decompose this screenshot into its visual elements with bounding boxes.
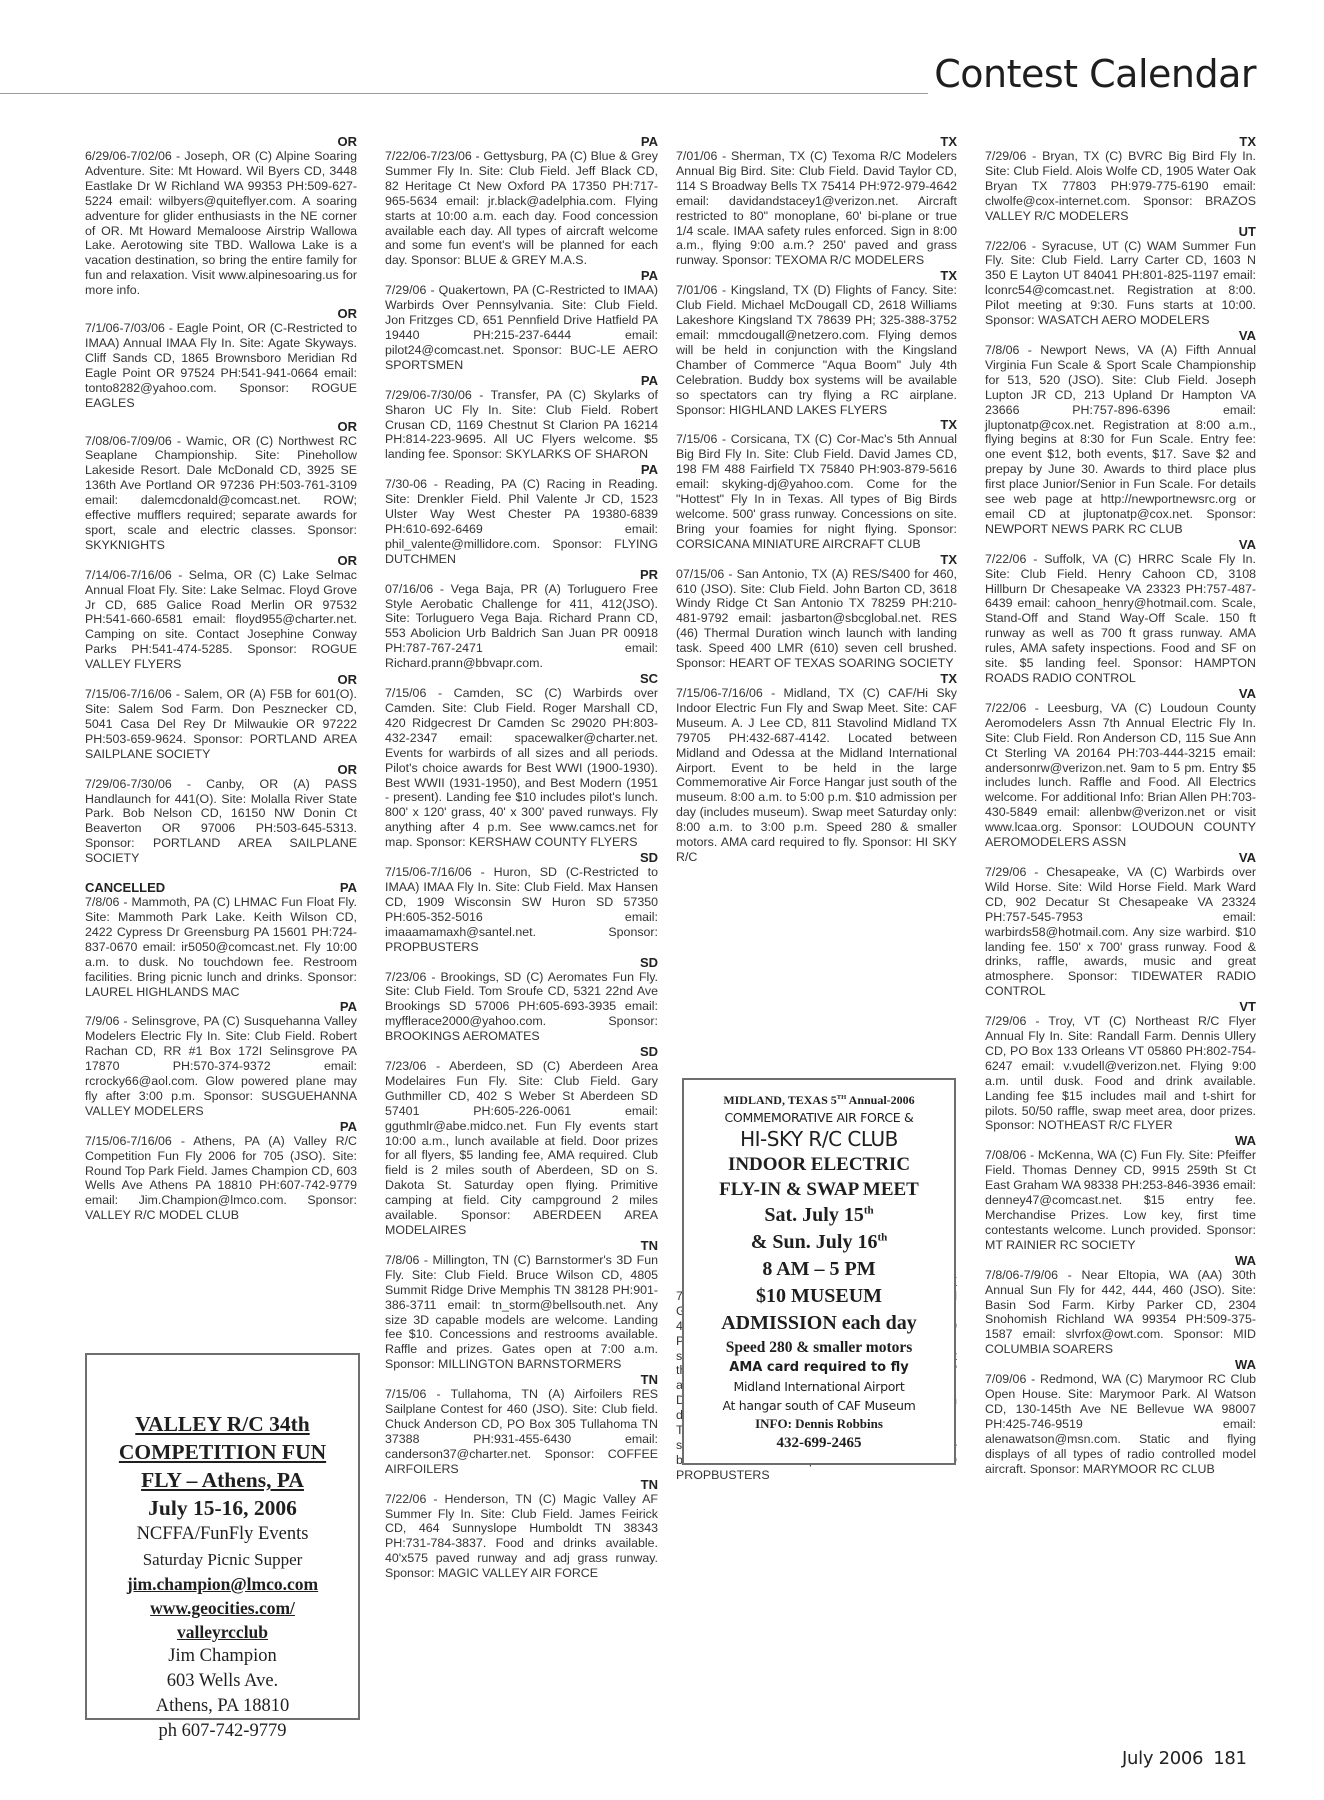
ad-contact-city: Athens, PA 18810 xyxy=(87,1694,358,1719)
listing-entry: TN7/8/06 - Millington, TN (C) Barnstorme… xyxy=(385,1238,658,1372)
ad-date-text: Sat. July 15 xyxy=(764,1204,863,1226)
ad-org-line: COMMEMORATIVE AIR FORCE & xyxy=(684,1109,954,1126)
state-label: VA xyxy=(985,328,1256,343)
listing-entry: OR6/29/06-7/02/06 - Joseph, OR (C) Alpin… xyxy=(85,134,357,298)
ad-events: NCFFA/FunFly Events xyxy=(87,1522,358,1547)
ad-location-detail: At hangar south of CAF Museum xyxy=(684,1396,954,1415)
listing-text: 7/08/06-7/09/06 - Wamic, OR (C) Northwes… xyxy=(85,434,357,553)
state-label: WA xyxy=(985,1357,1256,1372)
ad-email-link[interactable]: jim.champion@lmco.com xyxy=(87,1572,358,1596)
ad-header-text: MIDLAND, TEXAS 5 xyxy=(723,1093,836,1107)
state-label: TN xyxy=(385,1238,658,1253)
state-label: OR xyxy=(85,672,357,687)
listing-entry: TX7/01/06 - Kingsland, TX (D) Flights of… xyxy=(676,268,957,417)
page-title: Contest Calendar xyxy=(928,52,1256,96)
listing-entry: OR7/29/06-7/30/06 - Canby, OR (A) PASS H… xyxy=(85,762,357,866)
state-label: OR xyxy=(85,553,357,568)
listing-text: 7/09/06 - Redmond, WA (C) Marymoor RC Cl… xyxy=(985,1372,1256,1476)
ad-admission-price: $10 MUSEUM xyxy=(684,1283,954,1310)
ad-ama-rule: AMA card required to fly xyxy=(684,1358,954,1377)
listing-entry: TX7/15/06-7/16/06 - Midland, TX (C) CAF/… xyxy=(676,671,957,865)
listing-entry: OR7/08/06-7/09/06 - Wamic, OR (C) Northw… xyxy=(85,419,357,553)
listing-entry: OR7/15/06-7/16/06 - Salem, OR (A) F5B fo… xyxy=(85,672,357,762)
state-label: PA xyxy=(385,134,658,149)
ad-header-line: MIDLAND, TEXAS 5TH Annual-2006 xyxy=(684,1092,954,1109)
ad-supper: Saturday Picnic Supper xyxy=(87,1547,358,1572)
listing-text: 7/30-06 - Reading, PA (C) Racing in Read… xyxy=(385,477,658,566)
listing-entry: PR07/16/06 - Vega Baja, PR (A) Torluguer… xyxy=(385,567,658,671)
listing-entry: TX7/01/06 - Sherman, TX (C) Texoma R/C M… xyxy=(676,134,957,268)
listing-text: 7/14/06-7/16/06 - Selma, OR (C) Lake Sel… xyxy=(85,568,357,672)
state-label: TN xyxy=(385,1372,658,1387)
state-label: SD xyxy=(385,1044,658,1059)
listing-text: 7/15/06 - Camden, SC (C) Warbirds over C… xyxy=(385,686,658,850)
listing-text: 7/29/06 - Bryan, TX (C) BVRC Big Bird Fl… xyxy=(985,149,1256,224)
listing-entry: VT7/29/06 - Troy, VT (C) Northeast R/C F… xyxy=(985,999,1256,1133)
ad-club-name: HI-SKY R/C CLUB xyxy=(684,1126,954,1152)
ad-date-sup: th xyxy=(864,1204,874,1216)
listing-text: 7/15/06-7/16/06 - Huron, SD (C-Restricte… xyxy=(385,865,658,954)
state-label: PA xyxy=(85,1119,357,1134)
listing-text: 7/29/06 - Troy, VT (C) Northeast R/C Fly… xyxy=(985,1014,1256,1133)
listing-entry: TX07/15/06 - San Antonio, TX (A) RES/S40… xyxy=(676,552,957,671)
listing-entry: PA7/9/06 - Selinsgrove, PA (C) Susquehan… xyxy=(85,999,357,1118)
listing-text: 7/8/06 - Mammoth, PA (C) LHMAC Fun Float… xyxy=(85,895,357,999)
cancelled-flag: CANCELLED xyxy=(85,880,165,895)
valley-rc-ad-box: VALLEY R/C 34th COMPETITION FUN FLY – At… xyxy=(85,1353,360,1720)
ad-contact-phone: ph 607-742-9779 xyxy=(87,1719,358,1744)
listing-text: 7/01/06 - Sherman, TX (C) Texoma R/C Mod… xyxy=(676,149,957,268)
state-label: TX xyxy=(676,268,957,283)
state-label: OR xyxy=(85,134,357,149)
listing-entry: VA7/22/06 - Suffolk, VA (C) HRRC Scale F… xyxy=(985,537,1256,686)
listing-text: 7/22/06 - Henderson, TN (C) Magic Valley… xyxy=(385,1492,658,1581)
state-label: PA xyxy=(340,880,357,895)
listing-text: 7/15/06-7/16/06 - Athens, PA (A) Valley … xyxy=(85,1134,357,1223)
state-label: SD xyxy=(385,955,658,970)
cancelled-row: CANCELLEDPA xyxy=(85,880,357,895)
listing-text: 7/22/06-7/23/06 - Gettysburg, PA (C) Blu… xyxy=(385,149,658,268)
ad-event-subtitle: FLY-IN & SWAP MEET xyxy=(684,1177,954,1202)
listing-entry: TN7/22/06 - Henderson, TN (C) Magic Vall… xyxy=(385,1477,658,1581)
ad-heading: COMPETITION FUN xyxy=(87,1438,358,1466)
state-label: TX xyxy=(676,417,957,432)
listing-entry: UT7/22/06 - Syracuse, UT (C) WAM Summer … xyxy=(985,224,1256,328)
listing-text: 7/15/06-7/16/06 - Salem, OR (A) F5B for … xyxy=(85,687,357,762)
state-label: TX xyxy=(676,552,957,567)
listing-entry: SD7/15/06-7/16/06 - Huron, SD (C-Restric… xyxy=(385,850,658,954)
listing-entry: OR7/1/06-7/03/06 - Eagle Point, OR (C-Re… xyxy=(85,306,357,410)
listing-entry: PA7/30-06 - Reading, PA (C) Racing in Re… xyxy=(385,462,658,566)
column-4: TX7/29/06 - Bryan, TX (C) BVRC Big Bird … xyxy=(985,134,1256,1491)
listing-entry: PA7/29/06-7/30/06 - Transfer, PA (C) Sky… xyxy=(385,373,658,463)
listing-text: 7/29/06 - Chesapeake, VA (C) Warbirds ov… xyxy=(985,865,1256,999)
listing-entry: VA7/29/06 - Chesapeake, VA (C) Warbirds … xyxy=(985,850,1256,999)
state-label: PA xyxy=(385,268,658,283)
state-label: VA xyxy=(985,850,1256,865)
midland-indoor-electric-ad-box: MIDLAND, TEXAS 5TH Annual-2006 COMMEMORA… xyxy=(682,1078,956,1465)
ad-header-sup: TH xyxy=(837,1094,847,1101)
listing-entry: WA7/09/06 - Redmond, WA (C) Marymoor RC … xyxy=(985,1357,1256,1476)
ad-web-link[interactable]: www.geocities.com/ xyxy=(87,1596,358,1620)
listing-text: 7/8/06 - Millington, TN (C) Barnstormer'… xyxy=(385,1253,658,1372)
state-label: PA xyxy=(385,373,658,388)
listing-text: 7/22/06 - Suffolk, VA (C) HRRC Scale Fly… xyxy=(985,552,1256,686)
listing-entry: OR7/14/06-7/16/06 - Selma, OR (C) Lake S… xyxy=(85,553,357,672)
state-label: WA xyxy=(985,1253,1256,1268)
ad-web-link-cont[interactable]: valleyrcclub xyxy=(87,1620,358,1644)
ad-heading: FLY – Athens, PA xyxy=(87,1466,358,1494)
column-1: OR6/29/06-7/02/06 - Joseph, OR (C) Alpin… xyxy=(85,134,357,1237)
listing-text: 7/15/06 - Tullahoma, TN (A) Airfoilers R… xyxy=(385,1387,658,1476)
listing-entry: PA7/15/06-7/16/06 - Athens, PA (A) Valle… xyxy=(85,1119,357,1223)
state-label: UT xyxy=(985,224,1256,239)
state-label: SC xyxy=(385,671,658,686)
ad-date-sun: & Sun. July 16th xyxy=(684,1229,954,1256)
listing-entry-cancelled: CANCELLEDPA 7/8/06 - Mammoth, PA (C) LHM… xyxy=(85,880,357,999)
listing-text: 7/9/06 - Selinsgrove, PA (C) Susquehanna… xyxy=(85,1014,357,1118)
listing-text: 7/29/06 - Quakertown, PA (C-Restricted t… xyxy=(385,283,658,372)
listing-text: 07/16/06 - Vega Baja, PR (A) Torluguero … xyxy=(385,582,658,671)
ad-header-text: Annual-2006 xyxy=(846,1093,914,1107)
ad-event-title: INDOOR ELECTRIC xyxy=(684,1152,954,1177)
ad-date-sup: th xyxy=(877,1231,887,1243)
state-label: VA xyxy=(985,537,1256,552)
state-label: PA xyxy=(385,462,658,477)
state-label: TX xyxy=(676,671,957,686)
listing-entry: WA7/08/06 - McKenna, WA (C) Fun Fly. Sit… xyxy=(985,1133,1256,1252)
listing-entry: VA7/8/06 - Newport News, VA (A) Fifth An… xyxy=(985,328,1256,537)
state-label: SD xyxy=(385,850,658,865)
listing-text: 6/29/06-7/02/06 - Joseph, OR (C) Alpine … xyxy=(85,149,357,298)
listing-text: 7/08/06 - McKenna, WA (C) Fun Fly. Site:… xyxy=(985,1148,1256,1252)
state-label: TX xyxy=(676,134,957,149)
listing-text: 07/15/06 - San Antonio, TX (A) RES/S400 … xyxy=(676,567,957,671)
listing-text: 7/1/06-7/03/06 - Eagle Point, OR (C-Rest… xyxy=(85,321,357,410)
ad-contact-name: Jim Champion xyxy=(87,1644,358,1669)
ad-hours: 8 AM – 5 PM xyxy=(684,1256,954,1283)
listing-text: 7/15/06 - Corsicana, TX (C) Cor-Mac's 5t… xyxy=(676,432,957,551)
issue-date: July 2006 xyxy=(1122,1748,1203,1769)
state-label: OR xyxy=(85,419,357,434)
listing-text: 7/29/06-7/30/06 - Canby, OR (A) PASS Han… xyxy=(85,777,357,866)
ad-date-text: & Sun. July 16 xyxy=(751,1231,878,1253)
state-label: OR xyxy=(85,762,357,777)
listing-entry: VA7/22/06 - Leesburg, VA (C) Loudoun Cou… xyxy=(985,686,1256,850)
listing-entry: SD7/23/06 - Brookings, SD (C) Aeromates … xyxy=(385,955,658,1045)
ad-contact-street: 603 Wells Ave. xyxy=(87,1669,358,1694)
ad-admission-note: ADMISSION each day xyxy=(684,1310,954,1337)
state-label: VT xyxy=(985,999,1256,1014)
listing-entry: PA7/22/06-7/23/06 - Gettysburg, PA (C) B… xyxy=(385,134,658,268)
listing-text: 7/22/06 - Syracuse, UT (C) WAM Summer Fu… xyxy=(985,239,1256,328)
page-footer: July 2006181 xyxy=(1122,1748,1247,1769)
state-label: WA xyxy=(985,1133,1256,1148)
listing-text: 7/8/06 - Newport News, VA (A) Fifth Annu… xyxy=(985,343,1256,537)
listing-entry: TN7/15/06 - Tullahoma, TN (A) Airfoilers… xyxy=(385,1372,658,1476)
state-label: TX xyxy=(985,134,1256,149)
listing-entry: TX7/15/06 - Corsicana, TX (C) Cor-Mac's … xyxy=(676,417,957,551)
ad-motor-rule: Speed 280 & smaller motors xyxy=(684,1337,954,1358)
listing-text: 7/22/06 - Leesburg, VA (C) Loudoun Count… xyxy=(985,701,1256,850)
ad-date: July 15-16, 2006 xyxy=(87,1494,358,1522)
listing-text: 7/29/06-7/30/06 - Transfer, PA (C) Skyla… xyxy=(385,388,658,463)
listing-entry: PA7/29/06 - Quakertown, PA (C-Restricted… xyxy=(385,268,658,372)
page-number: 181 xyxy=(1213,1748,1246,1769)
state-label: OR xyxy=(85,306,357,321)
listing-text: 7/23/06 - Aberdeen, SD (C) Aberdeen Area… xyxy=(385,1059,658,1238)
listing-entry: SC7/15/06 - Camden, SC (C) Warbirds over… xyxy=(385,671,658,850)
ad-date-sat: Sat. July 15th xyxy=(684,1202,954,1229)
state-label: PA xyxy=(85,999,357,1014)
column-2: PA7/22/06-7/23/06 - Gettysburg, PA (C) B… xyxy=(385,134,658,1595)
ad-heading: VALLEY R/C 34th xyxy=(87,1410,358,1438)
ad-location: Midland International Airport xyxy=(684,1377,954,1396)
listing-text: 7/01/06 - Kingsland, TX (D) Flights of F… xyxy=(676,283,957,417)
listing-entry: TX7/29/06 - Bryan, TX (C) BVRC Big Bird … xyxy=(985,134,1256,224)
state-label: TN xyxy=(385,1477,658,1492)
listing-entry: WA7/8/06-7/9/06 - Near Eltopia, WA (AA) … xyxy=(985,1253,1256,1357)
ad-info-contact: INFO: Dennis Robbins xyxy=(684,1415,954,1433)
listing-entry: SD7/23/06 - Aberdeen, SD (C) Aberdeen Ar… xyxy=(385,1044,658,1238)
listing-text: 7/8/06-7/9/06 - Near Eltopia, WA (AA) 30… xyxy=(985,1268,1256,1357)
listing-text: 7/15/06-7/16/06 - Midland, TX (C) CAF/Hi… xyxy=(676,686,957,865)
state-label: VA xyxy=(985,686,1256,701)
ad-info-phone: 432-699-2465 xyxy=(684,1433,954,1454)
listing-text: 7/23/06 - Brookings, SD (C) Aeromates Fu… xyxy=(385,970,658,1045)
state-label: PR xyxy=(385,567,658,582)
